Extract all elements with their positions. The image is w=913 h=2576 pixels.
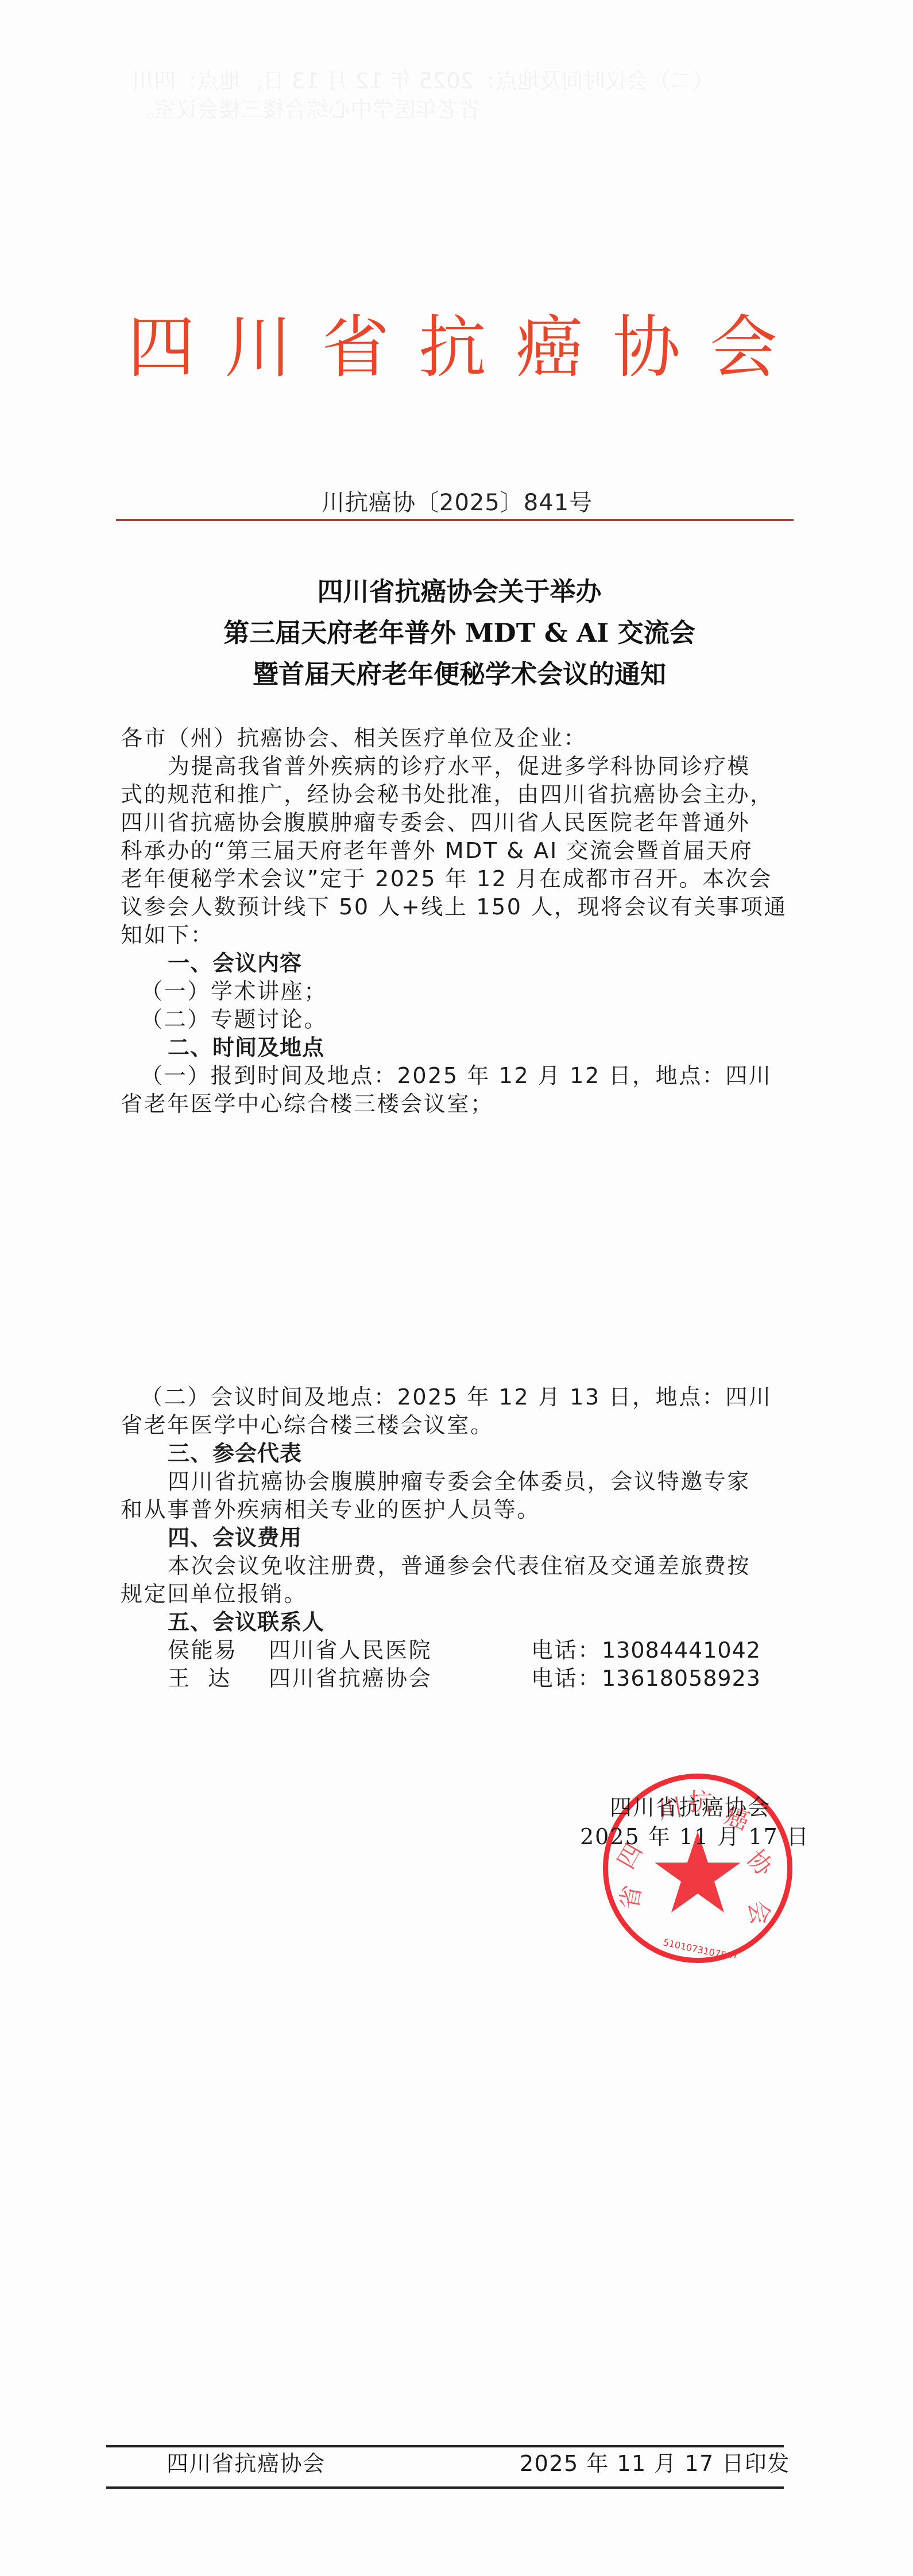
footer-bottom-rule bbox=[106, 2486, 784, 2489]
intro-line: 科承办的“第三届天府老年普外 MDT & AI 交流会暨首届天府 bbox=[121, 837, 753, 865]
document-number: 川抗癌协〔2025〕841号 bbox=[322, 489, 593, 517]
section-heading-attendees: 三、参会代表 bbox=[168, 1440, 302, 1468]
section-heading-fees: 四、会议费用 bbox=[168, 1524, 302, 1552]
contact-phone-label: 电话： bbox=[531, 1665, 601, 1693]
section-heading-contacts: 五、会议联系人 bbox=[168, 1608, 324, 1636]
section-item: （一）报到时间及地点：2025 年 12 月 12 日，地点：四川 bbox=[141, 1062, 772, 1090]
intro-line: 议参会人数预计线下 50 人+线上 150 人，现将会议有关事项通 bbox=[121, 893, 787, 921]
section-item: 本次会议免收注册费，普通参会代表住宿及交通差旅费按 bbox=[168, 1552, 750, 1580]
letterhead-red-rule bbox=[116, 519, 794, 521]
intro-line: 四川省抗癌协会腹膜肿瘤专委会、四川省人民医院老年普通外 bbox=[121, 809, 750, 837]
intro-line: 老年便秘学术会议”定于 2025 年 12 月在成都市召开。本次会 bbox=[121, 865, 772, 893]
svg-text:5101073107551: 5101073107551 bbox=[662, 1937, 738, 1958]
document-title-line-3: 暨首届天府老年便秘学术会议的通知 bbox=[172, 654, 746, 695]
section-item: 规定回单位报销。 bbox=[121, 1580, 307, 1608]
contact-org: 四川省抗癌协会 bbox=[269, 1665, 432, 1693]
contact-name: 王 达 bbox=[168, 1665, 231, 1693]
svg-text:会: 会 bbox=[743, 1898, 775, 1927]
footer-top-rule bbox=[106, 2445, 784, 2447]
intro-line: 知如下： bbox=[121, 921, 214, 949]
section-item: （二）会议时间及地点：2025 年 12 月 13 日，地点：四川 bbox=[141, 1383, 772, 1411]
section-item: （一）学术讲座； bbox=[141, 977, 327, 1006]
signature-org: 四川省抗癌协会 bbox=[610, 1795, 771, 1820]
contact-name: 侯能易 bbox=[168, 1636, 238, 1665]
section-item: 省老年医学中心综合楼三楼会议室； bbox=[121, 1090, 494, 1118]
intro-line: 为提高我省普外疾病的诊疗水平，促进多学科协同诊疗模 bbox=[168, 752, 750, 781]
section-item: （二）专题讨论。 bbox=[141, 1006, 327, 1034]
reverse-side-showthrough: （二）会议时间及地点：2025 年 12 月 13 日，地点：四川 bbox=[132, 63, 714, 95]
section-heading-time-place: 二、时间及地点 bbox=[168, 1034, 324, 1062]
signature-date: 2025 年 11 月 17 日 bbox=[580, 1824, 810, 1849]
section-heading-content: 一、会议内容 bbox=[168, 949, 302, 977]
svg-text:省: 省 bbox=[615, 1883, 647, 1912]
contact-phone: 13084441042 bbox=[602, 1636, 761, 1665]
letterhead-org-name: 四川省抗癌协会 bbox=[127, 310, 785, 385]
section-item: 和从事普外疾病相关专业的医护人员等。 bbox=[121, 1496, 540, 1524]
document-title-line-2: 第三届天府老年普外 MDT & AI 交流会 bbox=[172, 612, 746, 654]
document-title-line-1: 四川省抗癌协会关于举办 bbox=[172, 571, 746, 612]
contact-phone-label: 电话： bbox=[531, 1636, 601, 1665]
salutation: 各市（州）抗癌协会、相关医疗单位及企业： bbox=[121, 724, 587, 752]
section-item: 四川省抗癌协会腹膜肿瘤专委会全体委员，会议特邀专家 bbox=[168, 1468, 750, 1496]
section-item: 省老年医学中心综合楼三楼会议室。 bbox=[121, 1411, 494, 1440]
svg-text:协: 协 bbox=[741, 1845, 779, 1882]
reverse-side-showthrough: 省老年医学中心综合楼三楼会议室。 bbox=[132, 92, 481, 123]
contact-phone: 13618058923 bbox=[602, 1665, 761, 1693]
footer-issue-date: 2025 年 11 月 17 日印发 bbox=[520, 2451, 790, 2476]
footer-issuer: 四川省抗癌协会 bbox=[167, 2451, 326, 2476]
contact-org: 四川省人民医院 bbox=[269, 1636, 432, 1665]
intro-line: 式的规范和推广，经协会秘书处批准，由四川省抗癌协会主办， bbox=[121, 781, 773, 809]
